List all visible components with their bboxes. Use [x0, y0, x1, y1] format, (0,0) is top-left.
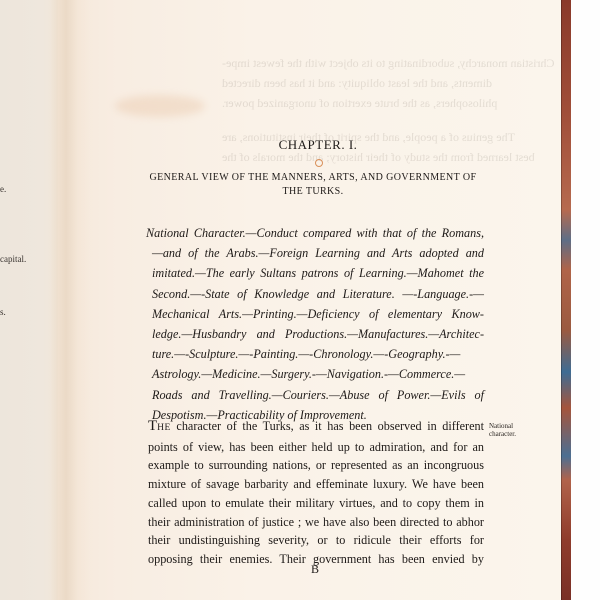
body-line: their administration of justice ; we hav…: [148, 513, 484, 532]
chapter-heading: CHAPTER. I.: [0, 137, 600, 153]
synopsis-line: National Character.—Conduct compared wit…: [146, 223, 484, 243]
synopsis-line: —and of the Arabs.—Foreign Learning and …: [146, 243, 484, 263]
marginal-note: National character.: [489, 422, 516, 438]
left-page-fragment: e.: [0, 185, 6, 194]
body-line: called upon to emulate their military vi…: [148, 494, 484, 513]
bleed-through-line: Christian monarchy, subordinating to its…: [222, 57, 555, 69]
bleed-through-line: philosophers, as the brute exertion of u…: [222, 97, 497, 109]
synopsis-line: Mechanical Arts.—Printing.—Deficiency of…: [146, 304, 484, 324]
book-gutter: [50, 0, 90, 600]
body-line: mixture of savage barbarity and effemina…: [148, 475, 484, 494]
synopsis-line: Astrology.—Medicine.—Surgery.-—Navigatio…: [146, 364, 484, 384]
left-page-fragment: s.: [0, 308, 6, 317]
body-line: their undistinguishing severity, or to r…: [148, 531, 484, 550]
synopsis-line: ledge.—Husbandry and Productions.—Manufa…: [146, 324, 484, 344]
background: [571, 0, 600, 600]
left-page-fragment: capital.: [0, 255, 26, 264]
drop-cap: T: [148, 418, 157, 434]
bleed-through-line: diments, and the least obliquity: and it…: [222, 77, 492, 89]
body-line: example to surrounding nations, or repre…: [148, 456, 484, 475]
chapter-synopsis: National Character.—Conduct compared wit…: [146, 223, 484, 425]
body-paragraph: THE character of the Turks, as it has be…: [148, 417, 484, 569]
synopsis-line: imitated.—The early Sultans patrons of L…: [146, 263, 484, 283]
paper-stain: [115, 95, 205, 117]
synopsis-line: Roads and Travelling.—Couriers.—Abuse of…: [146, 385, 484, 405]
circle-ornament-icon: [315, 159, 323, 167]
book-spread: e. capital. s. Christian monarchy, subor…: [0, 0, 600, 600]
chapter-subtitle: GENERAL VIEW OF THE MANNERS, ARTS, AND G…: [142, 171, 484, 199]
marbled-page-edge: [561, 0, 571, 600]
synopsis-line: ture.—-Sculpture.—-Painting.—-Chronology…: [146, 344, 484, 364]
small-caps: HE: [157, 423, 171, 433]
signature-mark: B: [311, 562, 319, 577]
body-line: points of view, has been either held up …: [148, 438, 484, 457]
synopsis-line: Second.—-State of Knowledge and Literatu…: [146, 284, 484, 304]
body-line: THE character of the Turks, as it has be…: [148, 417, 484, 438]
